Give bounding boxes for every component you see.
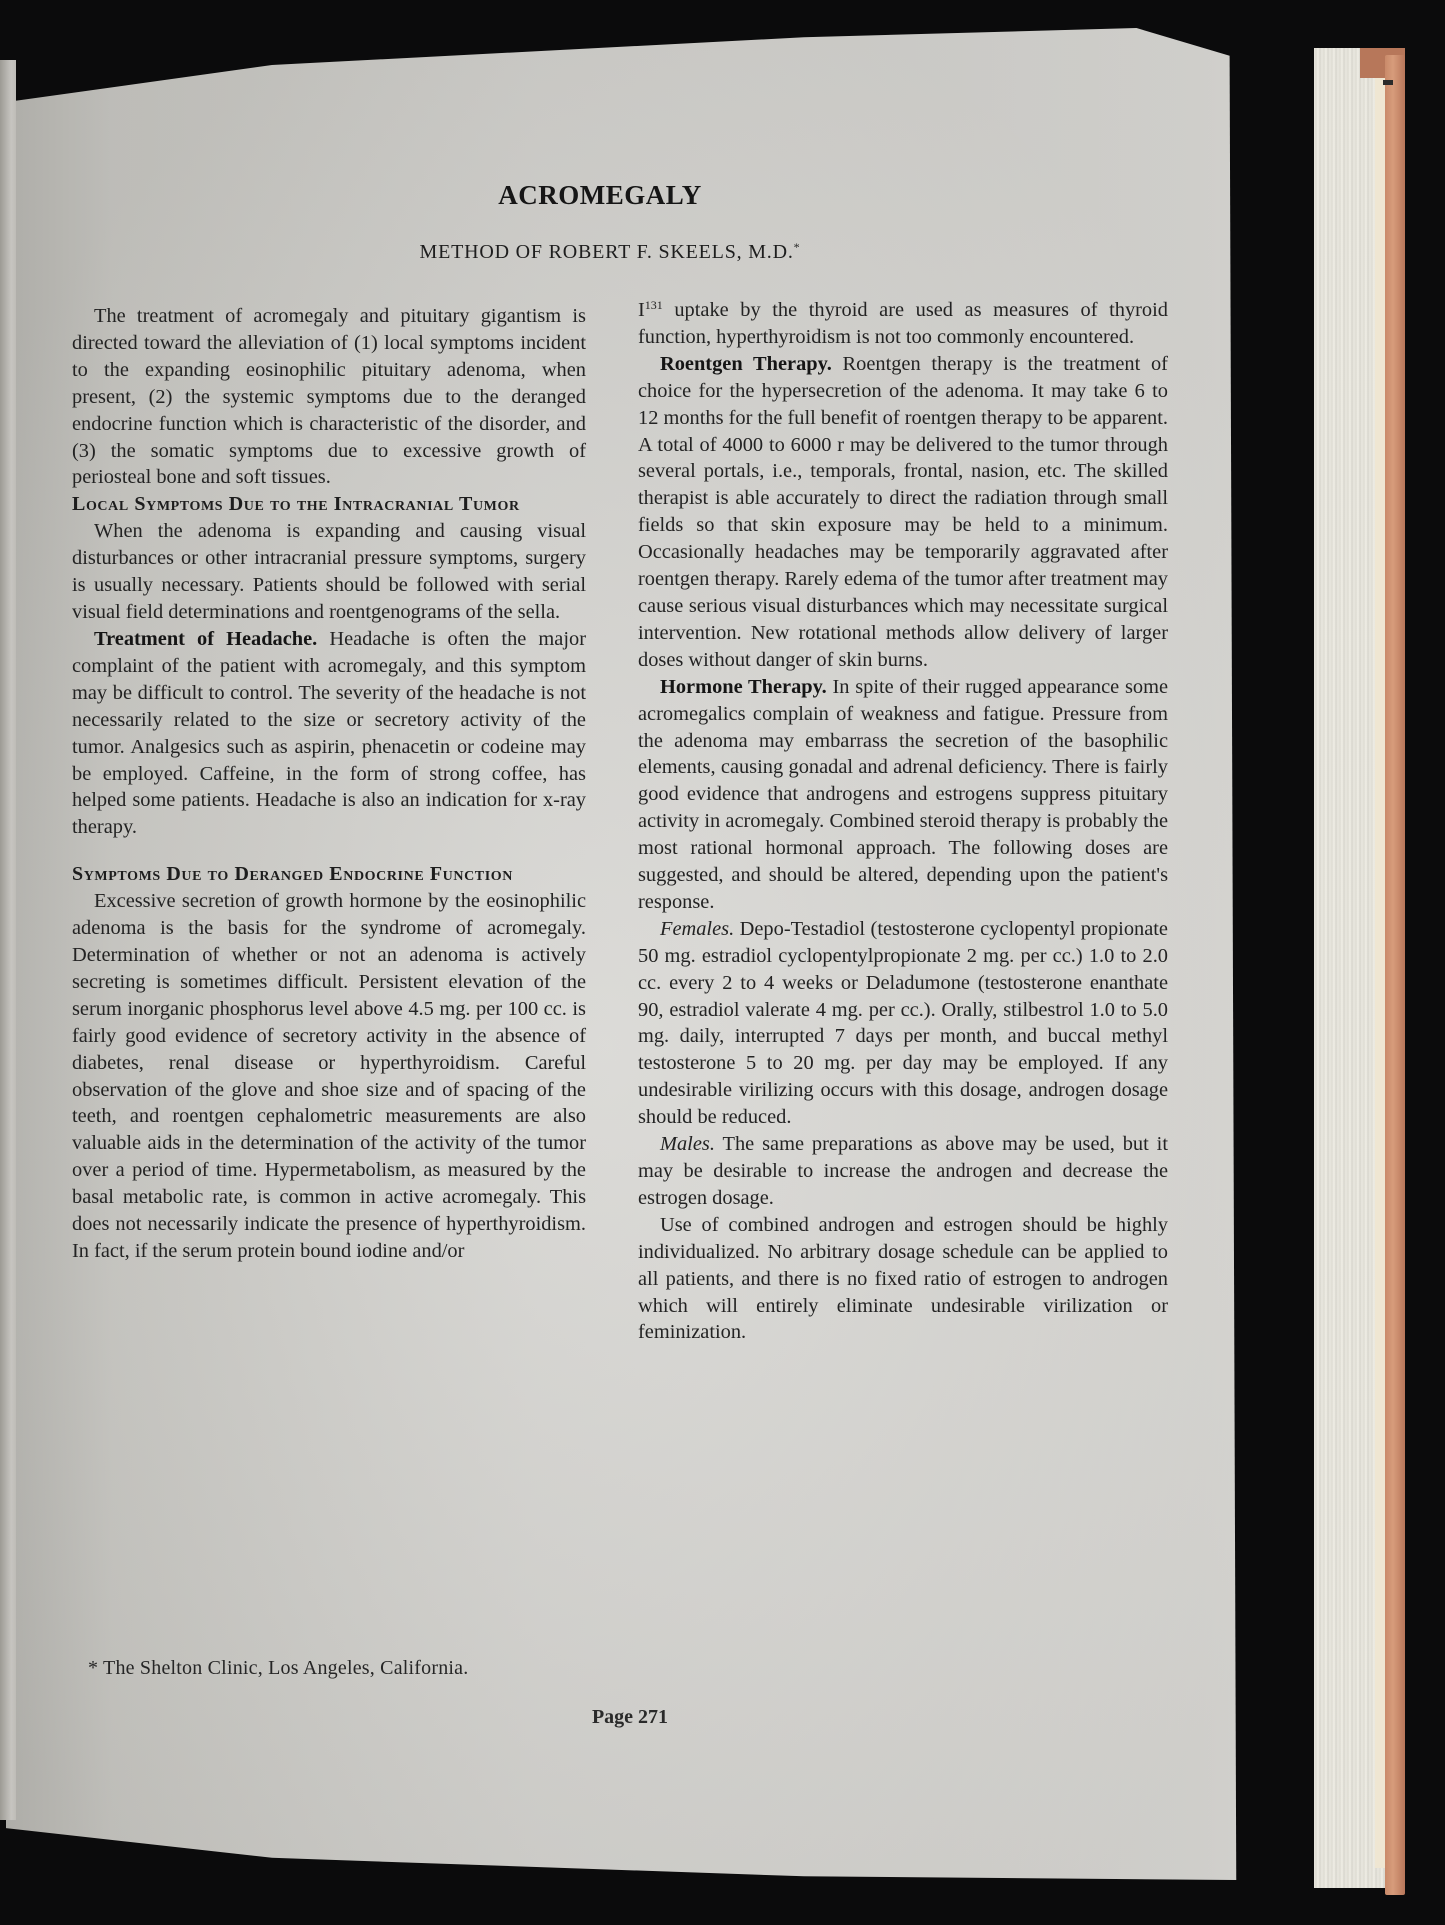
iodine-symbol: I	[638, 299, 645, 321]
continuation-paragraph: I131 uptake by the thyroid are used as m…	[638, 297, 1168, 351]
footnote-marker: *	[794, 240, 801, 254]
article-title: ACROMEGALY	[300, 180, 900, 211]
isotope-superscript: 131	[645, 298, 663, 312]
section-heading-local-symptoms: Local Symptoms Due to the Intracranial T…	[72, 491, 586, 518]
males-paragraph: Males. The same preparations as above ma…	[638, 1131, 1168, 1212]
left-column: The treatment of acromegaly and pituitar…	[72, 303, 586, 1265]
headache-body: Headache is often the major complaint of…	[72, 628, 586, 838]
right-column: I131 uptake by the thyroid are used as m…	[638, 297, 1168, 1346]
roentgen-body: Roentgen therapy is the treatment of cho…	[638, 353, 1168, 671]
article-byline: METHOD OF ROBERT F. SKEELS, M.D.*	[300, 241, 920, 264]
page-number: Page 271	[560, 1706, 700, 1729]
hormone-paragraph: Hormone Therapy. In spite of their rugge…	[638, 674, 1168, 916]
hormone-run-in-heading: Hormone Therapy.	[660, 676, 827, 698]
females-paragraph: Females. Depo-Testadiol (testosterone cy…	[638, 916, 1168, 1131]
females-body: Depo-Testadiol (testosterone cyclopentyl…	[638, 918, 1168, 1128]
roentgen-run-in-heading: Roentgen Therapy.	[660, 353, 832, 375]
page-content: ACROMEGALY METHOD OF ROBERT F. SKEELS, M…	[0, 0, 1445, 1925]
headache-paragraph: Treatment of Headache. Headache is often…	[72, 626, 586, 841]
males-run-in: Males.	[660, 1133, 715, 1155]
byline-text: METHOD OF ROBERT F. SKEELS, M.D.	[420, 241, 794, 263]
roentgen-paragraph: Roentgen Therapy. Roentgen therapy is th…	[638, 351, 1168, 674]
endocrine-paragraph: Excessive secretion of growth hormone by…	[72, 888, 586, 1265]
hormone-body: In spite of their rugged appearance some…	[638, 676, 1168, 913]
females-run-in: Females.	[660, 918, 734, 940]
intro-paragraph: The treatment of acromegaly and pituitar…	[72, 303, 586, 491]
local-symptoms-paragraph: When the adenoma is expanding and causin…	[72, 518, 586, 626]
headache-run-in-heading: Treatment of Headache.	[94, 628, 317, 650]
section-heading-endocrine: Symptoms Due to Deranged Endocrine Funct…	[72, 861, 586, 888]
closing-paragraph: Use of combined androgen and estrogen sh…	[638, 1212, 1168, 1347]
males-body: The same preparations as above may be us…	[638, 1133, 1168, 1209]
footnote: * The Shelton Clinic, Los Angeles, Calif…	[88, 1657, 588, 1680]
continuation-text: uptake by the thyroid are used as measur…	[638, 299, 1168, 348]
